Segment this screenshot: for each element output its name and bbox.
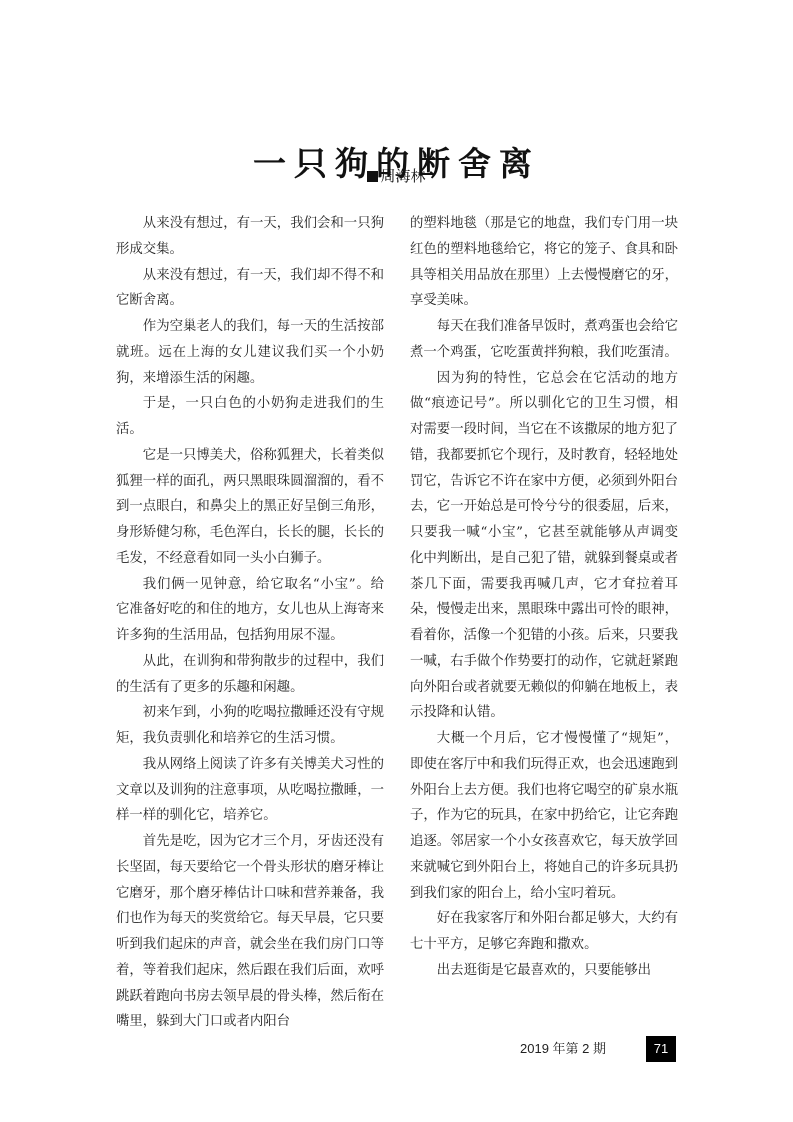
paragraph: 从来没有想过，有一天，我们会和一只狗形成交集。 <box>116 211 384 263</box>
paragraph: 于是，一只白色的小奶狗走进我们的生活。 <box>116 391 384 443</box>
paragraph: 因为狗的特性，它总会在它活动的地方做“痕迹记号”。所以驯化它的卫生习惯，相对需要… <box>410 366 678 727</box>
paragraph: 从来没有想过，有一天，我们却不得不和它断舍离。 <box>116 263 384 315</box>
paragraph-continued: 的塑料地毯（那是它的地盘，我们专门用一块红色的塑料地毯给它，将它的笼子、食具和卧… <box>410 211 678 314</box>
paragraph: 出去逛街是它最喜欢的，只要能够出 <box>410 958 678 984</box>
paragraph: 每天在我们准备早饭时，煮鸡蛋也会给它煮一个鸡蛋，它吃蛋黄拌狗粮，我们吃蛋清。 <box>410 314 678 366</box>
paragraph: 从此，在训狗和带狗散步的过程中，我们的生活有了更多的乐趣和闲趣。 <box>116 649 384 701</box>
paragraph: 初来乍到，小狗的吃喝拉撒睡还没有守规矩，我负责驯化和培养它的生活习惯。 <box>116 700 384 752</box>
paragraph: 首先是吃，因为它才三个月，牙齿还没有长坚固，每天要给它一个骨头形状的磨牙棒让它磨… <box>116 829 384 1035</box>
right-column: 的塑料地毯（那是它的地盘，我们专门用一块红色的塑料地毯给它，将它的笼子、食具和卧… <box>410 211 678 984</box>
paragraph: 大概一个月后，它才慢慢懂了“规矩”，即使在客厅中和我们玩得正欢，也会迅速跑到外阳… <box>410 726 678 906</box>
square-bullet-icon <box>367 171 378 182</box>
paragraph: 作为空巢老人的我们，每一天的生活按部就班。远在上海的女儿建议我们买一个小奶狗，来… <box>116 314 384 391</box>
left-column: 从来没有想过，有一天，我们会和一只狗形成交集。 从来没有想过，有一天，我们却不得… <box>116 211 384 1035</box>
issue-label: 2019 年第 2 期 <box>520 1036 606 1062</box>
author-name: 周海林 <box>380 167 425 185</box>
paragraph: 我们俩一见钟意，给它取名“小宝”。给它准备好吃的和住的地方，女儿也从上海寄来许多… <box>116 572 384 649</box>
paragraph: 它是一只博美犬，俗称狐狸犬，长着类似狐狸一样的面孔，两只黑眼珠圆溜溜的，看不到一… <box>116 443 384 572</box>
paragraph: 好在我家客厅和外阳台都足够大，大约有七十平方，足够它奔跑和撒欢。 <box>410 906 678 958</box>
paragraph: 我从网络上阅读了许多有关博美犬习性的文章以及训狗的注意事项，从吃喝拉撒睡，一样一… <box>116 752 384 829</box>
author-byline: 周海林 <box>0 166 793 186</box>
page-number-badge: 71 <box>646 1036 676 1062</box>
